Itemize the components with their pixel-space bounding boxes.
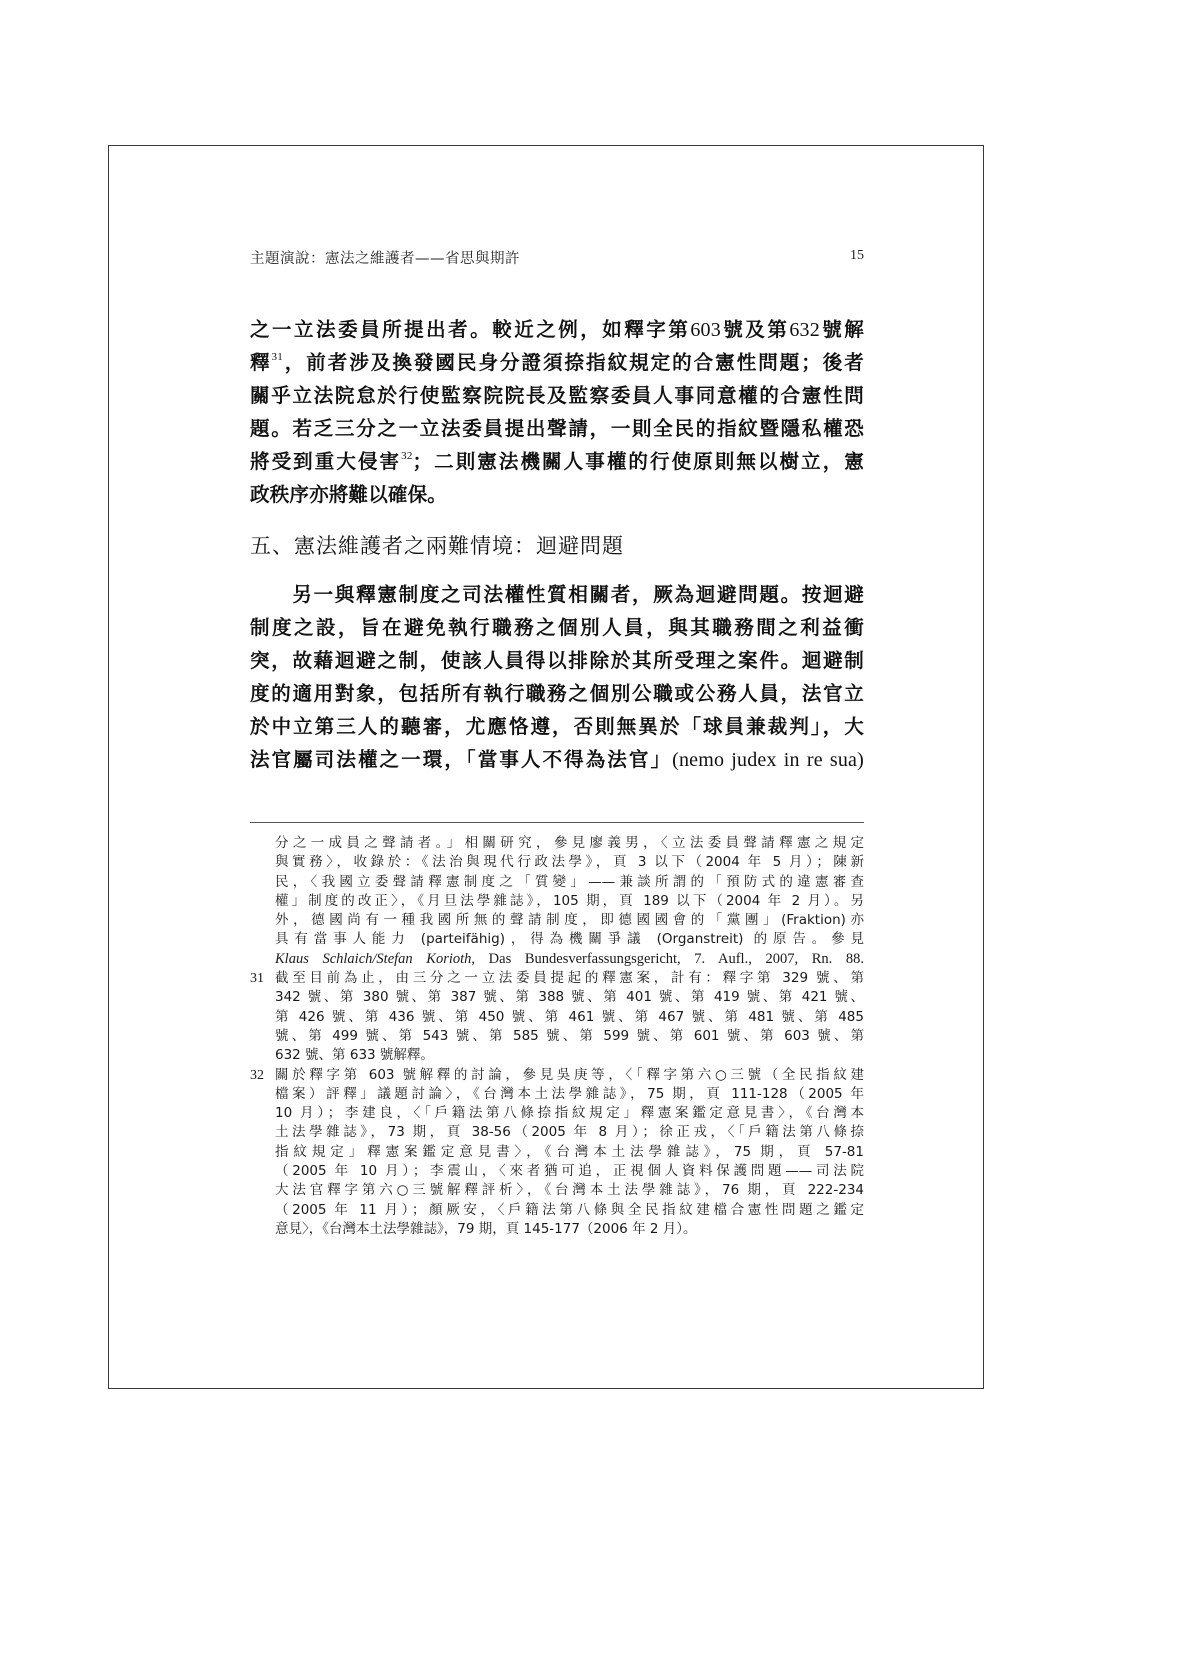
footnote-line: 大法官釋字第六○三號解釋評析〉，《台灣本土法學雜誌》，76 期，頁 222-23… [250,1181,864,1200]
footnote-line: 意見〉，《台灣本土法學雜誌》，79 期，頁 145-177（2006 年 2 月… [250,1220,864,1239]
paragraph-2: 另一與釋憲制度之司法權性質相關者，厥為迴避問題。按迴避 制度之設，旨在避免執行職… [250,578,864,776]
footnote-line: 權」制度的改正〉，《月旦法學雜誌》，105 期，頁 189 以下（2004 年 … [250,892,864,911]
paragraph-line: 關乎立法院怠於行使監察院院長及監察委員人事同意權的合憲性問 [250,379,864,412]
footnote-line: 32關於釋字第 603 號解釋的討論，參見吳庚等，〈「釋字第六○三號（全民指紋建 [250,1066,864,1085]
footnote-citation: Klaus Schlaich/Stefan Korioth, Das Bunde… [250,950,864,969]
footnote-line: 31截至目前為止，由三分之一立法委員提起的釋憲案，計有：釋字第 329 號、第 [250,969,864,988]
footnote-32: 32關於釋字第 603 號解釋的討論，參見吳庚等，〈「釋字第六○三號（全民指紋建… [250,1066,864,1240]
footnote-31: 31截至目前為止，由三分之一立法委員提起的釋憲案，計有：釋字第 329 號、第 … [250,969,864,1065]
footnote-line: （2005 年 11 月）；顏厥安，〈戶籍法第八條與全民指紋建檔合憲性問題之鑑定 [250,1201,864,1220]
footnote-ref-32[interactable]: 32 [401,450,412,462]
footnote-line: （2005 年 10 月）；李震山，〈來者猶可追，正視個人資料保護問題——司法院 [250,1162,864,1181]
footnote-number: 31 [250,969,264,988]
footnote-line: 檔案）評釋」議題討論〉，《台灣本土法學雜誌》，75 期，頁 111-128（20… [250,1085,864,1104]
section-heading: 五、憲法維護者之兩難情境：迴避問題 [250,530,864,560]
footnote-line: 第 426 號、第 436 號、第 450 號、第 461 號、第 467 號、… [250,1008,864,1027]
paragraph-line: 度的適用對象，包括所有執行職務之個別公職或公務人員，法官立 [250,677,864,710]
paragraph-line: 另一與釋憲制度之司法權性質相關者，厥為迴避問題。按迴避 [250,578,864,611]
footnote-line: 指紋規定」釋憲案鑑定意見書〉，《台灣本土法學雜誌》，75 期，頁 57-81 [250,1143,864,1162]
paragraph-line: 政秩序亦將難以確保。 [250,478,864,511]
footnote-separator [250,822,864,823]
footnote-line: 與實務〉，收錄於：《法治與現代行政法學》，頁 3 以下（2004 年 5 月）；… [250,853,864,872]
footnote-number: 32 [250,1066,264,1085]
footnote-line: 342 號、第 380 號、第 387 號、第 388 號、第 401 號、第 … [250,988,864,1007]
footnote-line: 632 號、第 633 號解釋。 [250,1046,864,1065]
paragraph-line: 法官屬司法權之一環，「當事人不得為法官」(nemo judex in re su… [250,743,864,776]
running-head-title: 主題演說：憲法之維護者——省思與期許 [250,247,520,268]
paragraph-line: 制度之設，旨在避免執行職務之個別人員，與其職務間之利益衝 [250,611,864,644]
footnote-line: 土法學雜誌》，73 期，頁 38-56（2005 年 8 月）；徐正戎，〈「戶籍… [250,1123,864,1142]
footnote-line: 分之一成員之聲請者。」相關研究，參見廖義男，〈立法委員聲請釋憲之規定 [250,834,864,853]
page-number: 15 [850,248,864,264]
footnotes: 分之一成員之聲請者。」相關研究，參見廖義男，〈立法委員聲請釋憲之規定 與實務〉，… [250,834,864,1239]
paragraph-line: 將受到重大侵害32；二則憲法機關人事權的行使原則無以樹立，憲 [250,445,864,478]
paragraph-line: 突，故藉迴避之制，使該人員得以排除於其所受理之案件。迴避制 [250,644,864,677]
running-head: 主題演說：憲法之維護者——省思與期許 15 [250,247,864,269]
paragraph-line: 題。若乏三分之一立法委員提出聲請，一則全民的指紋暨隱私權恐 [250,412,864,445]
paragraph-line: 之一立法委員所提出者。較近之例，如釋字第603號及第632號解 [250,313,864,346]
footnote-line: 民，〈我國立委聲請釋憲制度之「質變」——兼談所謂的「預防式的違憲審查 [250,873,864,892]
footnote-ref-31[interactable]: 31 [272,351,283,363]
paragraph-1: 之一立法委員所提出者。較近之例，如釋字第603號及第632號解 釋31，前者涉及… [250,313,864,511]
footnote-line: 10 月）；李建良，〈「戶籍法第八條捺指紋規定」釋憲案鑑定意見書〉，《台灣本 [250,1104,864,1123]
footnote-line: 號、第 499 號、第 543 號、第 585 號、第 599 號、第 601 … [250,1027,864,1046]
paragraph-line: 於中立第三人的聽審，尤應恪遵，否則無異於「球員兼裁判」，大 [250,710,864,743]
paragraph-line: 釋31，前者涉及換發國民身分證須捺指紋規定的合憲性問題；後者 [250,346,864,379]
footnote-line: 具有當事人能力 (parteifähig)，得為機關爭議 (Organstrei… [250,930,864,949]
footnote-line: 外，德國尚有一種我國所無的聲請制度，即德國國會的「黨團」(Fraktion)亦 [250,911,864,930]
